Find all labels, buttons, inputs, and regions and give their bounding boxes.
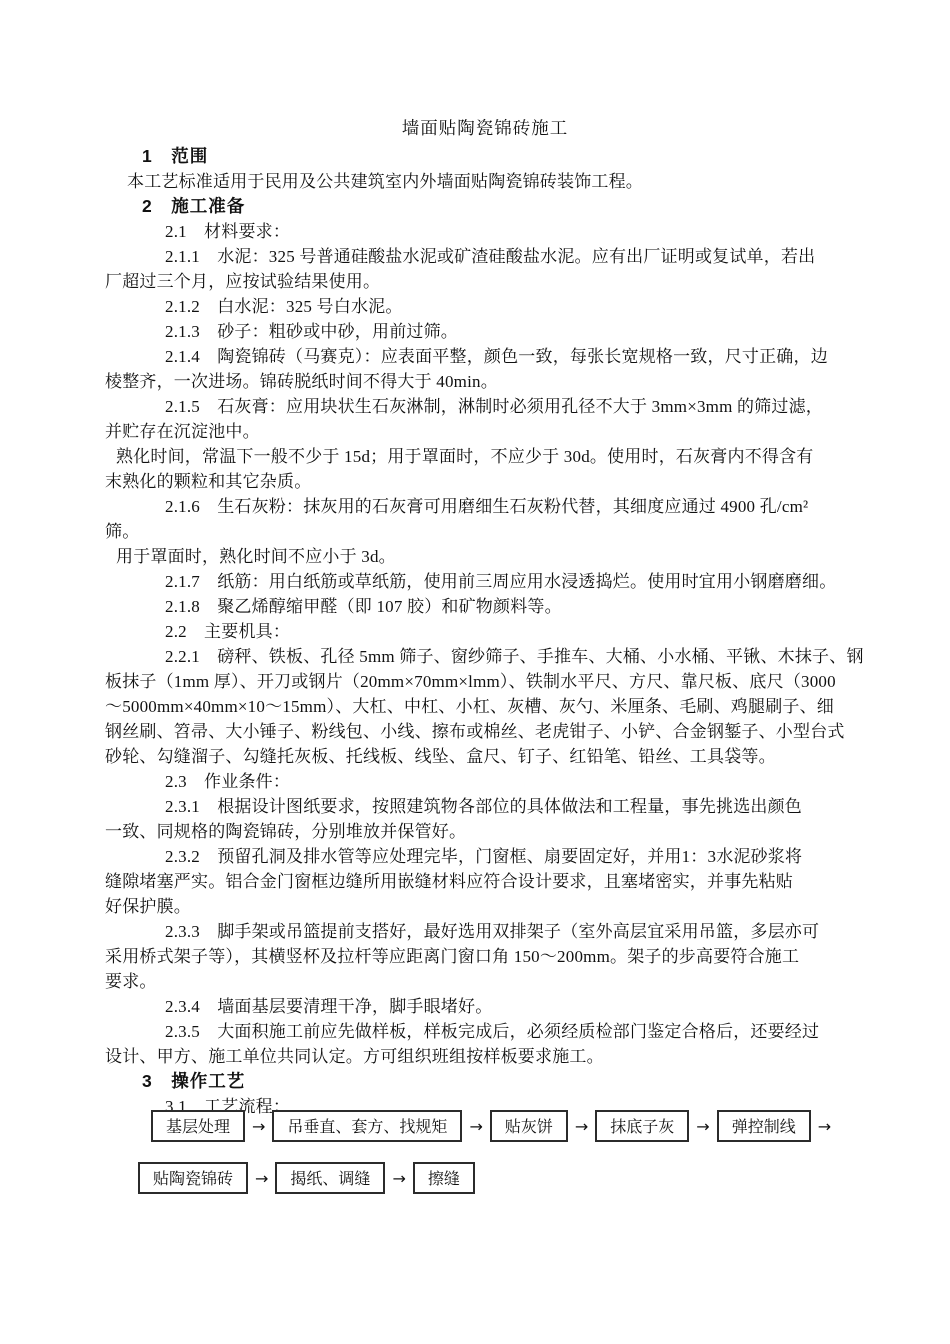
text-line: 厂超过三个月，应按试验结果使用。: [105, 269, 865, 294]
flowchart-row: 贴陶瓷锦砖→揭纸、调缝→擦缝: [138, 1163, 865, 1193]
text-line: 2.1.3 砂子：粗砂或中砂，用前过筛。: [165, 319, 865, 344]
flow-step: 弹控制线: [717, 1110, 811, 1142]
arrow-right-icon: →: [469, 1117, 482, 1136]
text-line: 2.3.5 大面积施工前应先做样板，样板完成后，必须经质检部门鉴定合格后，还要经…: [165, 1019, 865, 1044]
text-line: 2.1.8 聚乙烯醇缩甲醛（即 107 胶）和矿物颜料等。: [165, 594, 865, 619]
arrow-right-icon: →: [255, 1169, 268, 1188]
text-line: 2.2.1 磅秤、铁板、孔径 5mm 筛子、窗纱筛子、手推车、大桶、小水桶、平锹…: [165, 644, 865, 669]
text-line: 2.3.4 墙面基层要清理干净，脚手眼堵好。: [165, 994, 865, 1019]
text-line: 筛。: [105, 519, 865, 544]
text-line: 2.1.6 生石灰粉：抹灰用的石灰膏可用磨细生石灰粉代替，其细度应通过 4900…: [165, 494, 865, 519]
text-line: ～5000mm×40mm×10～15mm）、大杠、中杠、小杠、灰槽、灰勺、米厘条…: [105, 694, 865, 719]
text-line: 2.3.1 根据设计图纸要求，按照建筑物各部位的具体做法和工程量，事先挑选出颜色: [165, 794, 865, 819]
text-line: 用于罩面时，熟化时间不应小于 3d。: [116, 544, 865, 569]
document-body: 1 范围本工艺标准适用于民用及公共建筑室内外墙面贴陶瓷锦砖装饰工程。2 施工准备…: [105, 144, 865, 1119]
text-line: 2.3 作业条件：: [165, 769, 865, 794]
section-heading: 3 操作工艺: [142, 1069, 865, 1094]
text-line: 一致、同规格的陶瓷锦砖，分别堆放并保管好。: [105, 819, 865, 844]
text-line: 采用桥式架子等），其横竖杯及拉杆等应距离门窗口角 150～200mm。架子的步高…: [105, 944, 865, 969]
arrow-right-icon: →: [392, 1169, 405, 1188]
text-line: 本工艺标准适用于民用及公共建筑室内外墙面贴陶瓷锦砖装饰工程。: [127, 169, 865, 194]
document-title: 墙面贴陶瓷锦砖施工: [105, 116, 865, 141]
text-line: 末熟化的颗粒和其它杂质。: [105, 469, 865, 494]
text-line: 要求。: [105, 969, 865, 994]
arrow-right-icon: →: [818, 1117, 831, 1136]
text-line: 2.2 主要机具：: [165, 619, 865, 644]
text-line: 2.1.5 石灰膏：应用块状生石灰淋制，淋制时必须用孔径不大于 3mm×3mm …: [165, 394, 865, 419]
text-line: 2.3.3 脚手架或吊篮提前支搭好，最好选用双排架子（室外高层宜采用吊篮，多层亦…: [165, 919, 865, 944]
flow-step: 揭纸、调缝: [275, 1162, 385, 1194]
section-heading: 2 施工准备: [142, 194, 865, 219]
flow-step: 贴陶瓷锦砖: [138, 1162, 248, 1194]
process-flowchart: 基层处理→吊垂直、套方、找规矩→贴灰饼→抹底子灰→弹控制线→贴陶瓷锦砖→揭纸、调…: [105, 1111, 865, 1193]
flow-step: 贴灰饼: [490, 1110, 568, 1142]
text-line: 2.1.2 白水泥：325 号白水泥。: [165, 294, 865, 319]
text-line: 并贮存在沉淀池中。: [105, 419, 865, 444]
flow-step: 抹底子灰: [595, 1110, 689, 1142]
text-line: 2.3.2 预留孔洞及排水管等应处理完毕，门窗框、扇要固定好，并用1：3水泥砂浆…: [165, 844, 865, 869]
text-line: 熟化时间，常温下一般不少于 15d；用于罩面时，不应少于 30d。使用时，石灰膏…: [116, 444, 865, 469]
section-heading: 1 范围: [142, 144, 865, 169]
text-line: 缝隙堵塞严实。铝合金门窗框边缝所用嵌缝材料应符合设计要求，且塞堵密实，并事先粘贴: [105, 869, 865, 894]
flow-step: 擦缝: [413, 1162, 475, 1194]
arrow-right-icon: →: [252, 1117, 265, 1136]
text-line: 2.1.7 纸筋：用白纸筋或草纸筋，使用前三周应用水浸透捣烂。使用时宜用小钢磨磨…: [165, 569, 865, 594]
flow-step: 吊垂直、套方、找规矩: [272, 1110, 462, 1142]
text-line: 板抹子（1mm 厚）、开刀或钢片（20mm×70mm×lmm）、铁制水平尺、方尺…: [105, 669, 865, 694]
text-line: 2.1.1 水泥：325 号普通硅酸盐水泥或矿渣硅酸盐水泥。应有出厂证明或复试单…: [165, 244, 865, 269]
text-line: 设计、甲方、施工单位共同认定。方可组织班组按样板要求施工。: [105, 1044, 865, 1069]
text-line: 2.1.4 陶瓷锦砖（马赛克）：应表面平整，颜色一致，每张长宽规格一致，尺寸正确…: [165, 344, 865, 369]
text-line: 好保护膜。: [105, 894, 865, 919]
arrow-right-icon: →: [575, 1117, 588, 1136]
text-line: 2.1 材料要求：: [165, 219, 865, 244]
document-content: 墙面贴陶瓷锦砖施工 1 范围本工艺标准适用于民用及公共建筑室内外墙面贴陶瓷锦砖装…: [105, 116, 865, 1193]
document-page: { "page": { "title": "墙面贴陶瓷锦砖施工", "ink_c…: [0, 0, 950, 1344]
arrow-right-icon: →: [696, 1117, 709, 1136]
text-line: 棱整齐，一次进场。锦砖脱纸时间不得大于 40min。: [105, 369, 865, 394]
text-line: 钢丝刷、笤帚、大小锤子、粉线包、小线、擦布或棉丝、老虎钳子、小铲、合金钢錾子、小…: [105, 719, 865, 744]
flow-step: 基层处理: [151, 1110, 245, 1142]
text-line: 砂轮、勾缝溜子、勾缝托灰板、托线板、线坠、盒尺、钉子、红铅笔、铅丝、工具袋等。: [105, 744, 865, 769]
